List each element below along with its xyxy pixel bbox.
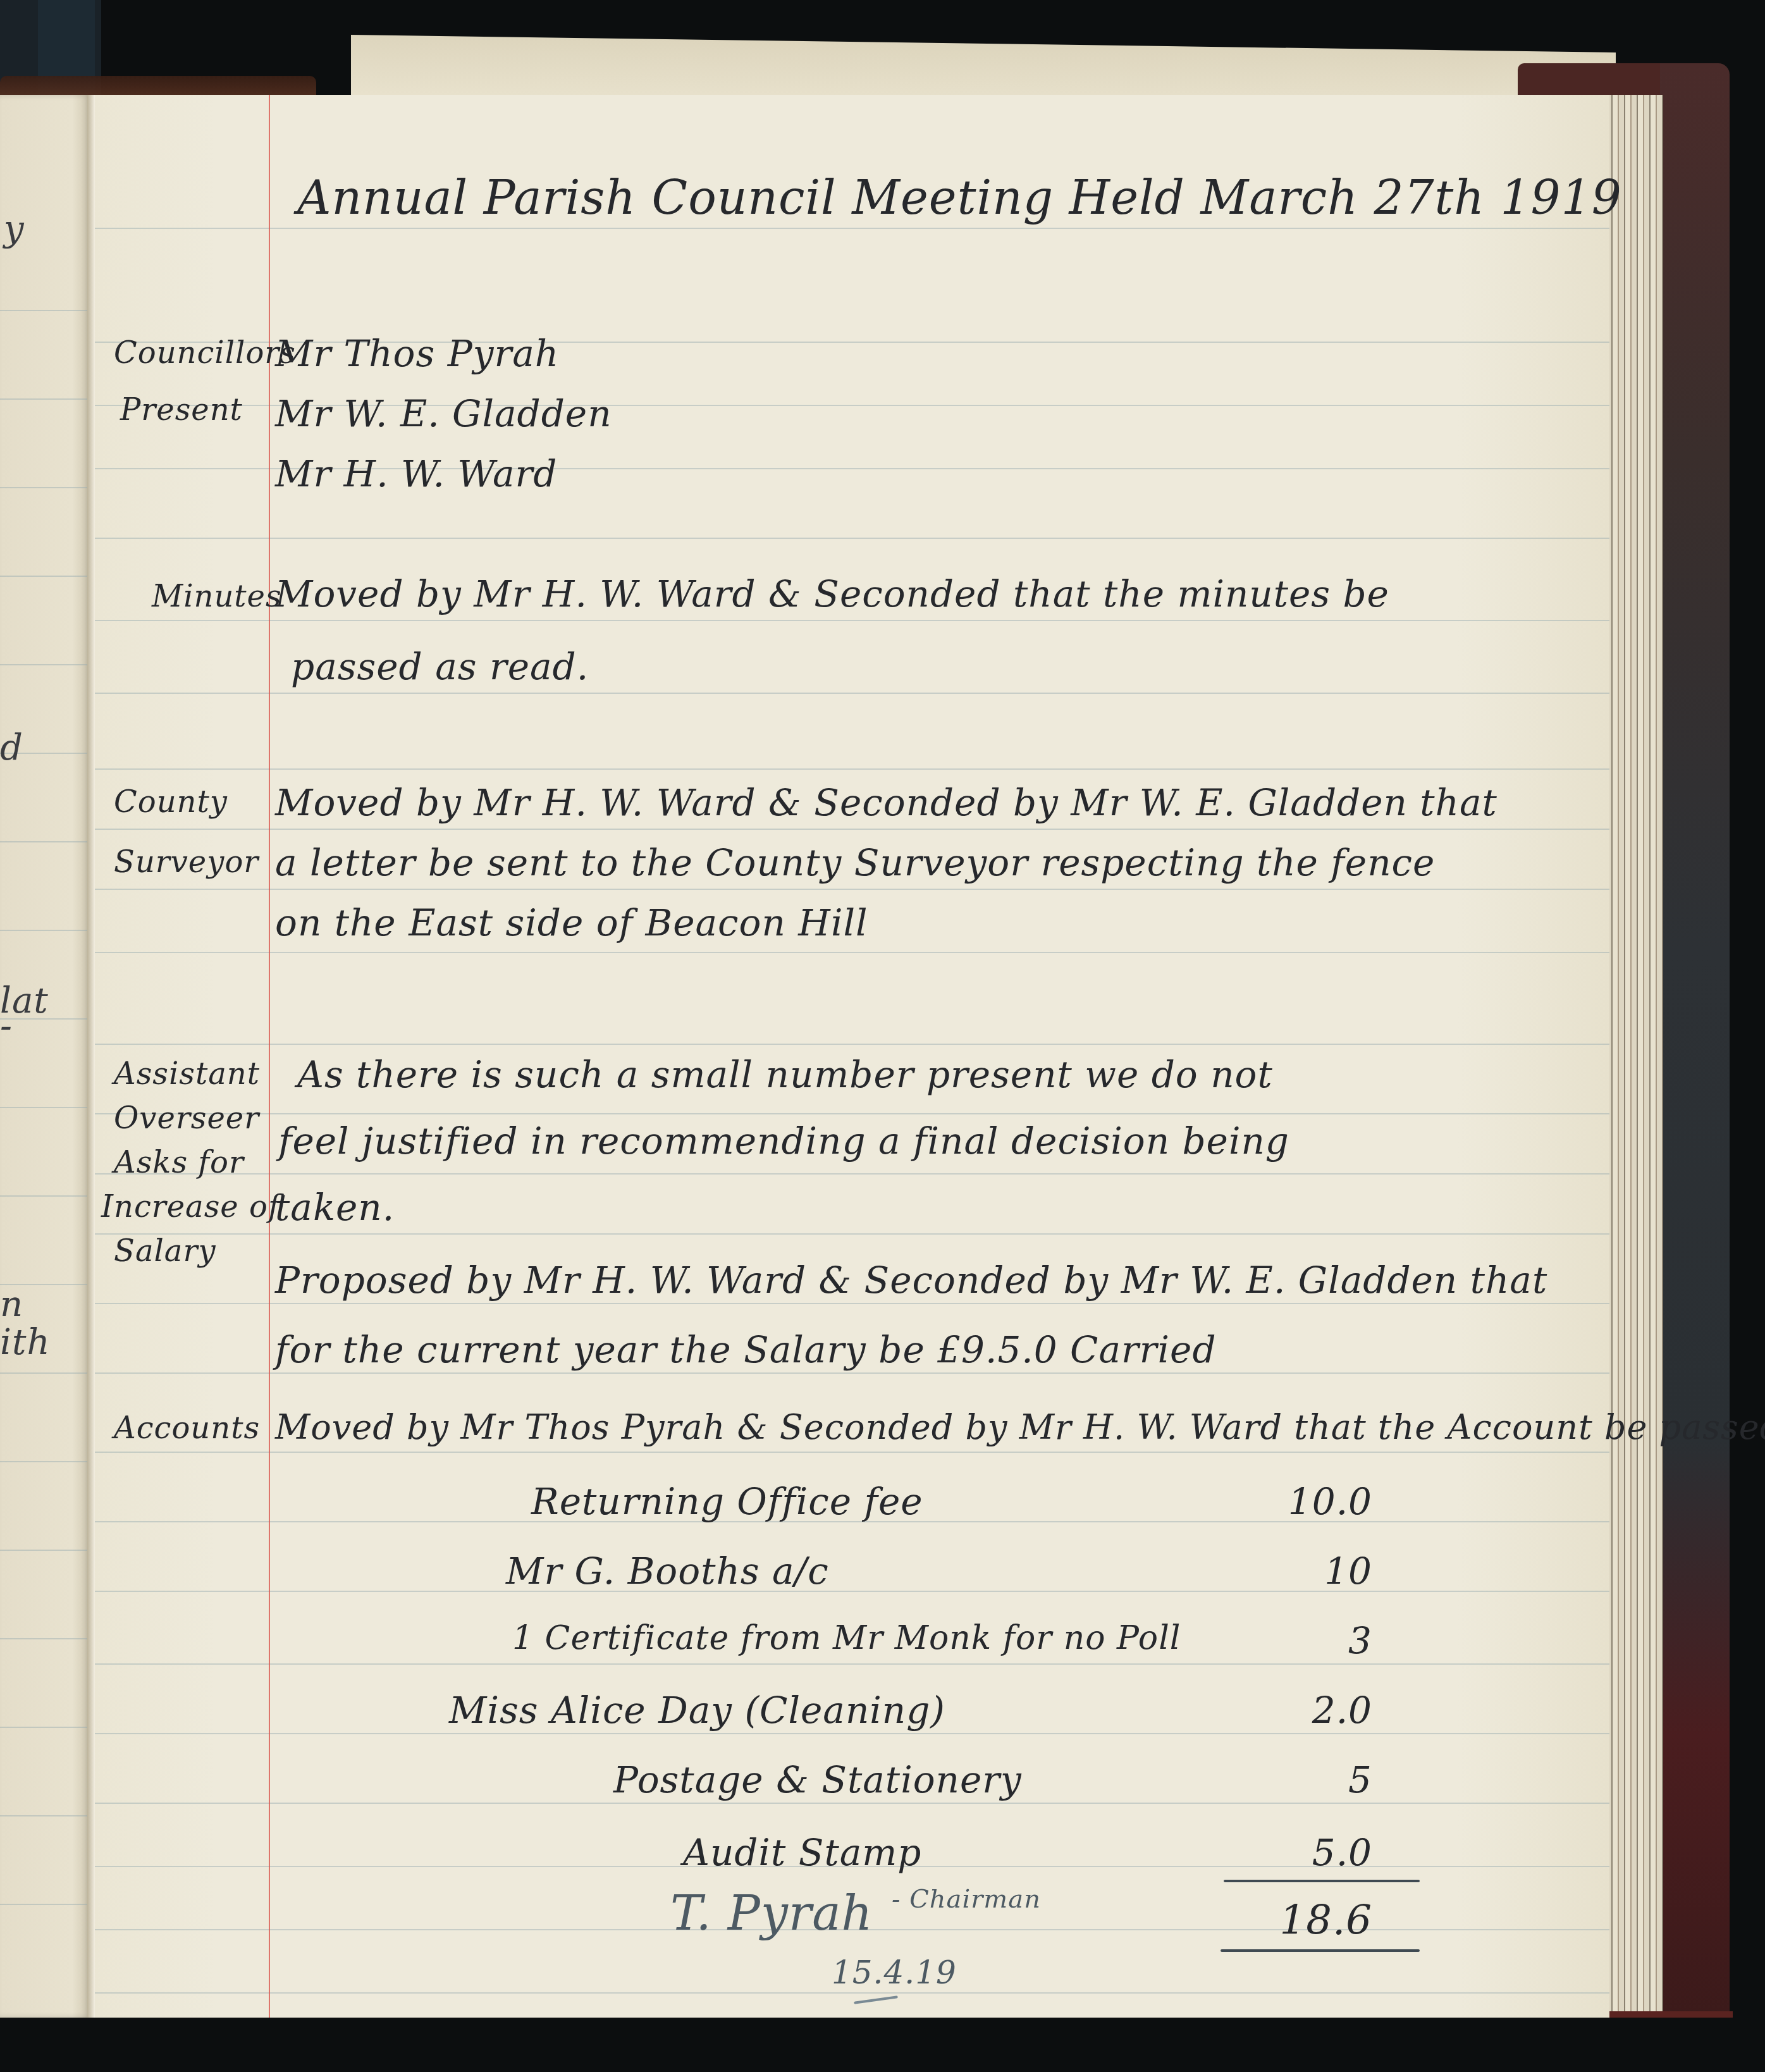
account-total: 18.6 (1271, 1897, 1372, 1944)
margin-label: Accounts (114, 1410, 260, 1446)
minute-text-line: a letter be sent to the County Surveyor … (275, 841, 1435, 884)
minute-text-line: for the current year the Salary be £9.5.… (275, 1328, 1217, 1371)
account-description: Audit Stamp (683, 1831, 921, 1874)
minute-text-line: As there is such a small number present … (297, 1053, 1273, 1096)
attendee: Mr Thos Pyrah (275, 332, 559, 375)
minute-book-page: Annual Parish Council Meeting Held March… (95, 95, 1609, 2021)
margin-label: Asks for (114, 1145, 244, 1180)
account-description: Mr G. Booths a/c (506, 1550, 829, 1593)
minute-text-line: Moved by Mr H. W. Ward & Seconded by Mr … (275, 781, 1497, 824)
minute-text-line: Moved by Mr H. W. Ward & Seconded that t… (275, 572, 1389, 615)
minute-text-line: passed as read. (291, 645, 589, 688)
margin-label: Minutes (152, 579, 282, 614)
margin-label: Overseer (114, 1101, 259, 1136)
minute-text-line: Proposed by Mr H. W. Ward & Seconded by … (275, 1259, 1547, 1302)
margin-label: Increase of (101, 1189, 280, 1224)
minute-text-line: Moved by Mr Thos Pyrah & Seconded by Mr … (275, 1407, 1765, 1447)
account-amount: 5 (1271, 1758, 1372, 1801)
account-amount: 5.0 (1271, 1831, 1372, 1874)
minute-text-line: taken. (275, 1186, 395, 1229)
signature-name: T. Pyrah (670, 1885, 873, 1941)
signature-role: - Chairman (892, 1885, 1041, 1914)
account-amount: 3 (1271, 1619, 1372, 1662)
left-page-fragment: n (0, 1284, 23, 1325)
margin-label: Surveyor (114, 844, 259, 880)
background-bottom (0, 2018, 1765, 2072)
left-page-fragment: - (0, 1006, 13, 1047)
account-amount: 10.0 (1271, 1480, 1372, 1523)
account-description: Returning Office fee (531, 1480, 923, 1523)
margin-rule (269, 95, 270, 2021)
account-amount: 10 (1271, 1550, 1372, 1593)
margin-label: Present (120, 392, 243, 428)
margin-label: Salary (114, 1233, 216, 1269)
margin-label: County (114, 784, 228, 820)
book-cover-edge (1660, 63, 1730, 2030)
account-amount: 2.0 (1271, 1689, 1372, 1732)
margin-label: Assistant (114, 1056, 260, 1092)
subtotal-underline (1224, 1880, 1420, 1882)
margin-label: Councillors (114, 335, 296, 371)
account-description: Miss Alice Day (Cleaning) (449, 1689, 945, 1732)
signature-date: 15.4.19 (832, 1954, 957, 1991)
left-page-fragment: ith (0, 1322, 50, 1363)
total-underline (1221, 1949, 1420, 1952)
left-page: y d lat - n ith (0, 95, 90, 2018)
attendee: Mr W. E. Gladden (275, 392, 612, 435)
minute-text-line: feel justified in recommending a final d… (278, 1119, 1289, 1162)
account-description: Postage & Stationery (613, 1758, 1022, 1801)
account-description: 1 Certificate from Mr Monk for no Poll (512, 1619, 1181, 1657)
page-title: Annual Parish Council Meeting Held March… (297, 171, 1622, 225)
left-page-fragment: y (4, 209, 25, 250)
attendee: Mr H. W. Ward (275, 452, 557, 495)
date-underline (854, 1995, 898, 2004)
left-page-fragment: d (0, 727, 23, 768)
minute-text-line: on the East side of Beacon Hill (275, 901, 868, 944)
page-stack-edges (1606, 95, 1663, 2021)
